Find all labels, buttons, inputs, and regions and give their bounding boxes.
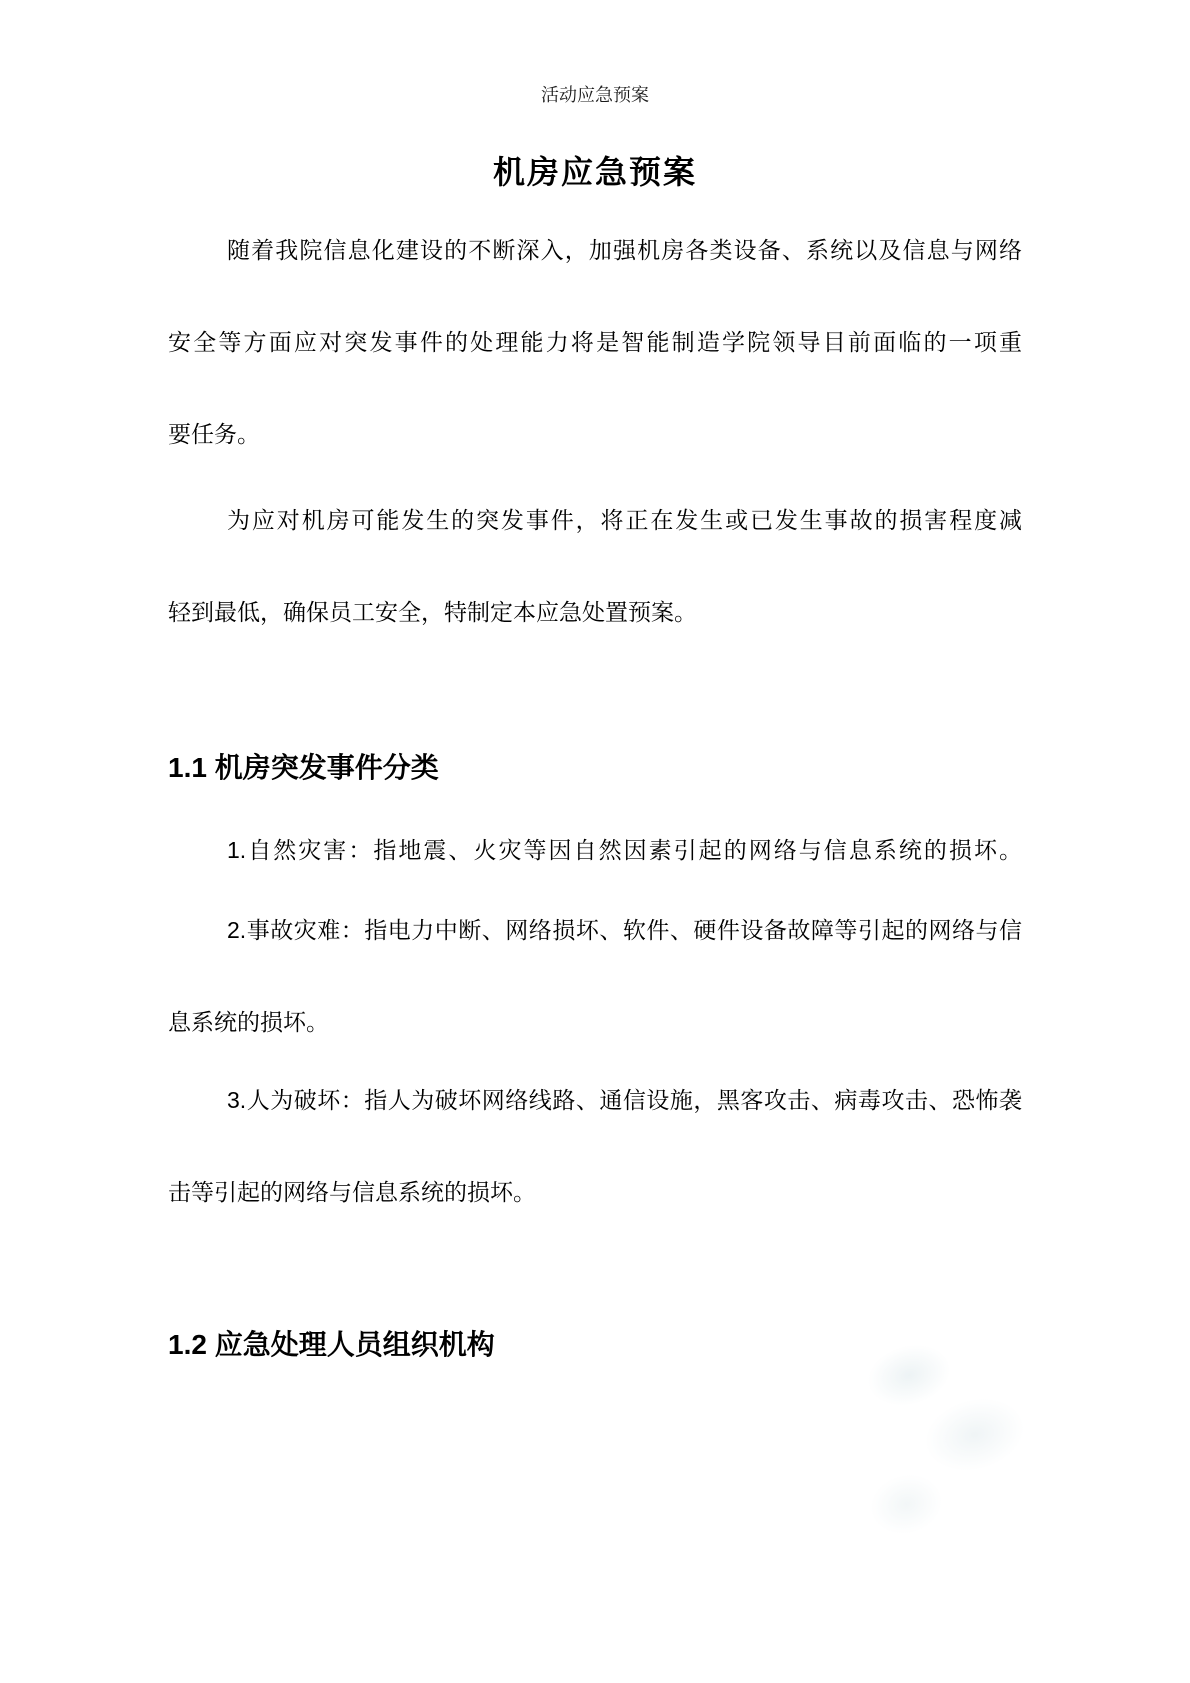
text-line: 随着我院信息化建设的不断深入，加强机房各类设备、系统以及信息与网络 <box>168 204 1022 296</box>
text-line: 1.自然灾害：指地震、火灾等因自然因素引起的网络与信息系统的损坏。 <box>168 804 1022 896</box>
text-line: 轻到最低，确保员工安全，特制定本应急处置预案。 <box>168 566 1022 658</box>
list-item-accident-disaster: 2.事故灾难：指电力中断、网络损坏、软件、硬件设备故障等引起的网络与信 息系统的… <box>168 884 1022 1068</box>
watermark <box>765 1246 1135 1623</box>
section-heading-1-2: 1.2 应急处理人员组织机构 <box>168 1327 1022 1363</box>
text-line: 2.事故灾难：指电力中断、网络损坏、软件、硬件设备故障等引起的网络与信 <box>168 884 1022 976</box>
list-item-human-sabotage: 3.人为破坏：指人为破坏网络线路、通信设施，黑客攻击、病毒攻击、恐怖袭 击等引起… <box>168 1054 1022 1238</box>
running-header: 活动应急预案 <box>168 84 1022 106</box>
list-item-natural-disaster: 1.自然灾害：指地震、火灾等因自然因素引起的网络与信息系统的损坏。 <box>168 804 1022 896</box>
text-line: 安全等方面应对突发事件的处理能力将是智能制造学院领导目前面临的一项重 <box>168 296 1022 388</box>
section-heading-1-1: 1.1 机房突发事件分类 <box>168 750 1022 786</box>
intro-paragraph-2: 为应对机房可能发生的突发事件，将正在发生或已发生事故的损害程度减 轻到最低，确保… <box>168 474 1022 658</box>
text-line: 3.人为破坏：指人为破坏网络线路、通信设施，黑客攻击、病毒攻击、恐怖袭 <box>168 1054 1022 1146</box>
document-title: 机房应急预案 <box>168 151 1022 193</box>
intro-paragraph-1: 随着我院信息化建设的不断深入，加强机房各类设备、系统以及信息与网络 安全等方面应… <box>168 204 1022 480</box>
text-line: 击等引起的网络与信息系统的损坏。 <box>168 1146 1022 1238</box>
page: 活动应急预案 机房应急预案 随着我院信息化建设的不断深入，加强机房各类设备、系统… <box>0 0 1190 1683</box>
text-line: 要任务。 <box>168 388 1022 480</box>
text-line: 为应对机房可能发生的突发事件，将正在发生或已发生事故的损害程度减 <box>168 474 1022 566</box>
